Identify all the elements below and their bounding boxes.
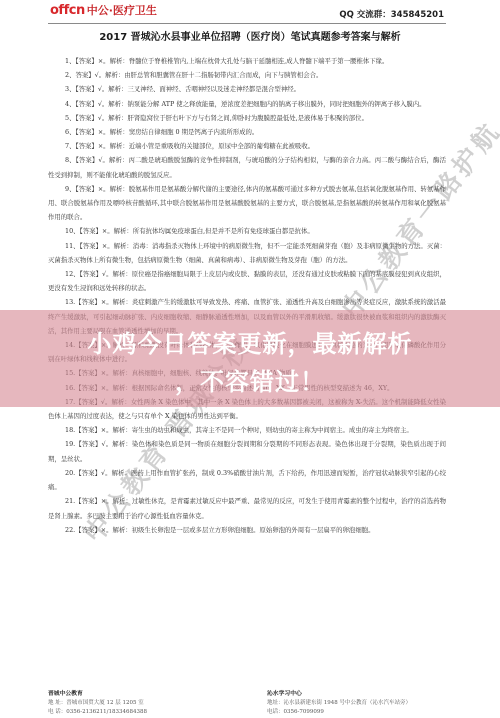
- page-header: offcn 中公·医疗卫生 QQ 交流群：345845201: [48, 0, 446, 24]
- answer-item-1: 1、【答案】×。解析：脊髓位于脊椎椎管内,上端在枕骨大孔处与脑干延髓相连,成人脊…: [48, 54, 446, 68]
- office-address: 地 址：晋城市国贸大厦 12 层 1205 室: [48, 699, 147, 708]
- answer-item-8: 8、【答案】√。解析：丙二酸是琥珀酸脱氢酶的竞争性抑制剂，与琥珀酸的分子结构相似…: [48, 153, 446, 181]
- promo-banner: 小鸡今日答案更新，最新解析 ，不容错过！: [0, 310, 500, 407]
- answer-item-3: 3、【答案】√。解析：三叉神经、面神经、舌咽神经以及迷走神经都是混合型神经。: [48, 82, 446, 96]
- answer-item-18: 18.【答案】×。解析：寄生虫的幼虫和成虫，其寄主不是同一个种时，则幼虫的寄主称…: [48, 423, 446, 437]
- answer-item-4: 4、【答案】√。解析：钠泵能分解 ATP 使之释放能量，逆浓度差把细胞内的钠离子…: [48, 97, 446, 111]
- logo-chinese: 中公·医疗卫生: [87, 2, 157, 18]
- answer-item-7: 7、【答案】×。解析：近端小管是重吸收的关键部位，原尿中全部的葡萄糖在此被吸收。: [48, 139, 446, 153]
- center-phone: 电话：0356-7099099: [267, 708, 411, 717]
- answer-item-11: 11、【答案】×。解析：消毒：消毒指杀灭物体上环境中的病原微生物，但不一定能杀死…: [48, 239, 446, 267]
- banner-headline-line2: ，不容错过！: [0, 362, 500, 397]
- logo-latin: offcn: [50, 3, 85, 18]
- answer-item-22: 22.【答案】×。解析：初级生长卵泡是一层或多层立方形卵泡细胞。原始卵泡的外周有…: [48, 523, 446, 537]
- qq-group-number: QQ 交流群：345845201: [339, 8, 444, 20]
- answer-item-12: 12、【答案】√。解析：原位癌是指癌细胞局限于上皮层内或皮肤、黏膜的表层，还没有…: [48, 267, 446, 295]
- center-address: 地址：沁水县新建东街 1948 号中公教育（沁水汽车站旁）: [267, 699, 411, 708]
- answer-item-20: 20.【答案】√。解析：医药上用作血管扩张药，制成 0.3%硝酸甘油片剂，舌下给…: [48, 466, 446, 494]
- answer-item-19: 19.【答案】√。解析：染色体和染色质是同一物质在细胞分裂间期和分裂期的不同形态…: [48, 437, 446, 465]
- answer-item-5: 5、【答案】√。解析：肝肾隐窝位于肝右叶下方与右肾之间,仰卧时为腹膜腔最低处,是…: [48, 111, 446, 125]
- answer-list: 1、【答案】×。解析：脊髓位于脊椎椎管内,上端在枕骨大孔处与脑干延髓相连,成人脊…: [48, 54, 446, 537]
- answer-item-2: 2、答案】√。解析：由肝总管和胆囊管在肝十二指肠韧带内汇合而成，向下与胰管相会合…: [48, 68, 446, 82]
- offcn-logo: offcn 中公·医疗卫生: [50, 2, 157, 18]
- footer-qinshui-center: 沁水学习中心 地址：沁水县新建东街 1948 号中公教育（沁水汽车站旁） 电话：…: [267, 690, 411, 717]
- document-title: 2017 晋城沁水县事业单位招聘（医疗岗）笔试真题参考答案与解析: [0, 28, 500, 43]
- answer-item-21: 21.【答案】×。解析：过敏性休克，是青霉素过敏反应中最严重、最常见的反应，可发…: [48, 494, 446, 522]
- center-name: 沁水学习中心: [267, 690, 411, 699]
- office-name: 晋城中公教育: [48, 690, 147, 699]
- answer-item-10: 10、【答案】×。解析：所有抗体均属免疫球蛋白,但是并不是所有免疫球蛋白都是抗体…: [48, 224, 446, 238]
- office-phone: 电 话：0356-2136211/18334684388: [48, 708, 147, 717]
- answer-item-9: 9、【答案】×。解析：脱氨基作用是氨基酸分解代谢的主要途径,体内的氨基酸可通过多…: [48, 182, 446, 225]
- footer-jincheng-office: 晋城中公教育 地 址：晋城市国贸大厦 12 层 1205 室 电 话：0356-…: [48, 690, 147, 717]
- answer-item-6: 6、【答案】×。解析：窦房结自律细胞 0 期是钙离子内流所形成的。: [48, 125, 446, 139]
- banner-headline-line1: 小鸡今日答案更新，最新解析: [0, 324, 500, 359]
